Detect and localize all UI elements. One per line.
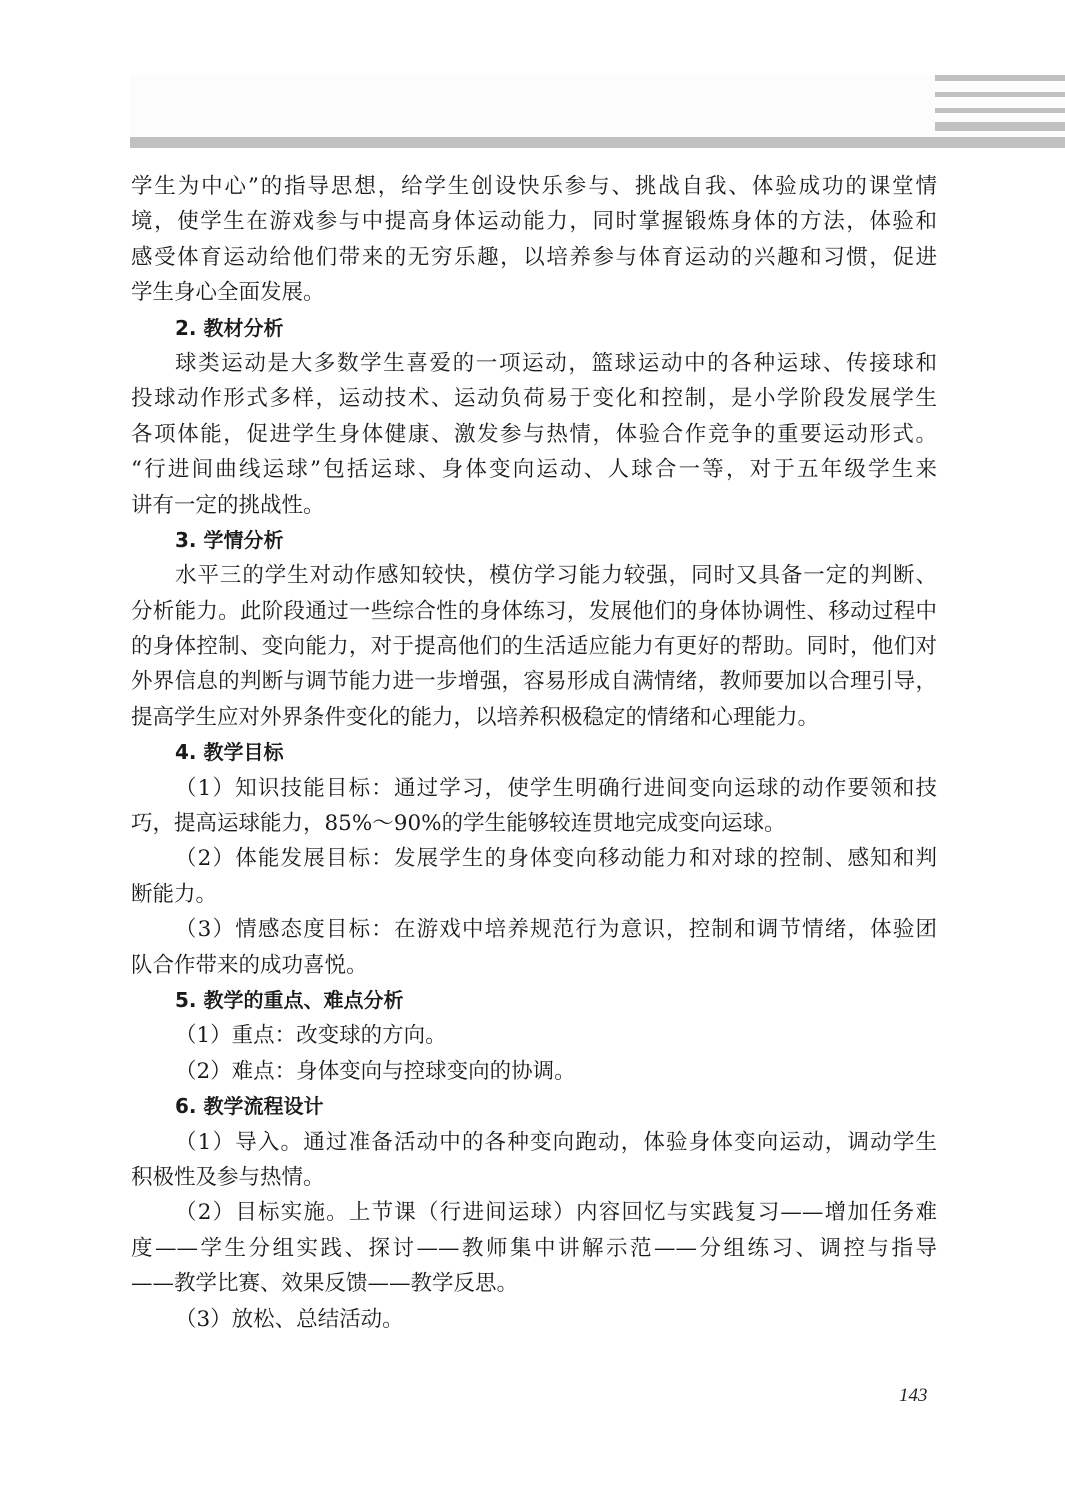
paragraph-line: （1）知识技能目标：通过学习，使学生明确行进间变向运球的动作要领和技 bbox=[131, 771, 937, 806]
section-heading: 6. 教学流程设计 bbox=[131, 1089, 937, 1124]
header-stripe bbox=[935, 108, 1065, 113]
section-heading: 5. 教学的重点、难点分析 bbox=[131, 983, 937, 1018]
paragraph-line: 讲有一定的挑战性。 bbox=[131, 488, 937, 523]
paragraph-line: （1）重点：改变球的方向。 bbox=[131, 1018, 937, 1053]
paragraph-line: 分析能力。此阶段通过一些综合性的身体练习，发展他们的身体协调性、移动过程中 bbox=[131, 594, 937, 629]
paragraph-line: 队合作带来的成功喜悦。 bbox=[131, 948, 937, 983]
paragraph-line: 投球动作形式多样，运动技术、运动负荷易于变化和控制，是小学阶段发展学生 bbox=[131, 381, 937, 416]
paragraph-line: 球类运动是大多数学生喜爱的一项运动，篮球运动中的各种运球、传接球和 bbox=[131, 346, 937, 381]
header-stripe bbox=[935, 75, 1065, 81]
paragraph-line: （3）情感态度目标：在游戏中培养规范行为意识，控制和调节情绪，体验团 bbox=[131, 912, 937, 947]
paragraph-line: 水平三的学生对动作感知较快，模仿学习能力较强，同时又具备一定的判断、 bbox=[131, 558, 937, 593]
paragraph-line: 学生为中心”的指导思想，给学生创设快乐参与、挑战自我、体验成功的课堂情 bbox=[131, 169, 937, 204]
section-heading: 4. 教学目标 bbox=[131, 735, 937, 770]
paragraph-line: 积极性及参与热情。 bbox=[131, 1160, 937, 1195]
paragraph-line: （3）放松、总结活动。 bbox=[131, 1302, 937, 1337]
paragraph-line: 各项体能，促进学生身体健康、激发参与热情，体验合作竞争的重要运动形式。 bbox=[131, 417, 937, 452]
page-number: 143 bbox=[899, 1385, 928, 1407]
paragraph-line: 提高学生应对外界条件变化的能力，以培养积极稳定的情绪和心理能力。 bbox=[131, 700, 937, 735]
header-stripe bbox=[935, 122, 1065, 131]
paragraph-line: 外界信息的判断与调节能力进一步增强，容易形成自满情绪，教师要加以合理引导， bbox=[131, 664, 937, 699]
paragraph-line: 巧，提高运球能力，85%～90%的学生能够较连贯地完成变向运球。 bbox=[131, 806, 937, 841]
paragraph-line: （1）导入。通过准备活动中的各种变向跑动，体验身体变向运动，调动学生 bbox=[131, 1125, 937, 1160]
paragraph-line: 境，使学生在游戏参与中提高身体运动能力，同时掌握锻炼身体的方法，体验和 bbox=[131, 204, 937, 239]
header-rule bbox=[130, 137, 1065, 148]
paragraph-line: “行进间曲线运球”包括运球、身体变向运动、人球合一等，对于五年级学生来 bbox=[131, 452, 937, 487]
paragraph-line: 学生身心全面发展。 bbox=[131, 275, 937, 310]
paragraph-line: （2）体能发展目标：发展学生的身体变向移动能力和对球的控制、感知和判 bbox=[131, 841, 937, 876]
paragraph-line: 感受体育运动给他们带来的无穷乐趣，以培养参与体育运动的兴趣和习惯，促进 bbox=[131, 240, 937, 275]
paragraph-line: ——教学比赛、效果反馈——教学反思。 bbox=[131, 1266, 937, 1301]
header-band bbox=[130, 75, 1065, 137]
paragraph-line: 的身体控制、变向能力，对于提高他们的生活适应能力有更好的帮助。同时，他们对 bbox=[131, 629, 937, 664]
section-heading: 2. 教材分析 bbox=[131, 311, 937, 346]
header-stripe bbox=[935, 92, 1065, 97]
paragraph-line: （2）目标实施。上节课（行进间运球）内容回忆与实践复习——增加任务难 bbox=[131, 1195, 937, 1230]
paragraph-line: （2）难点：身体变向与控球变向的协调。 bbox=[131, 1054, 937, 1089]
paragraph-line: 度——学生分组实践、探讨——教师集中讲解示范——分组练习、调控与指导 bbox=[131, 1231, 937, 1266]
section-heading: 3. 学情分析 bbox=[131, 523, 937, 558]
page-body: 学生为中心”的指导思想，给学生创设快乐参与、挑战自我、体验成功的课堂情 境，使学… bbox=[131, 169, 937, 1337]
paragraph-line: 断能力。 bbox=[131, 877, 937, 912]
